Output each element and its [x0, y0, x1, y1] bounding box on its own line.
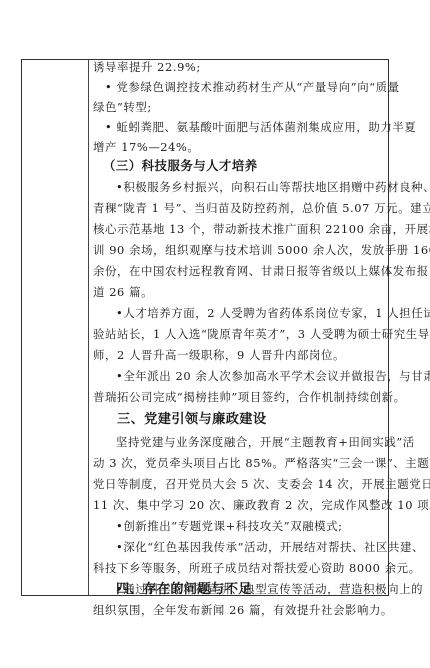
- paragraph-line: 核心示范基地 13 个，带动新技术推广面积 22100 余亩，开展培: [93, 222, 430, 236]
- paragraph-line: 组织氛围，全年发布新闻 26 篇，有效提升社会影响力。: [93, 603, 393, 617]
- section-heading-tech-service: （三）科技服务与人才培养: [103, 159, 258, 173]
- text-line: 增产 17%—24%。: [93, 140, 199, 154]
- paragraph-line: 师，2 人晋升高一级职称，9 人晋升内部岗位。: [93, 348, 345, 362]
- paragraph-line: 11 次、集中学习 20 次、廉政教育 2 次，完成作风整改 10 项。: [93, 498, 430, 512]
- paragraph-line: •人才培养方面，2 人受聘为省药体系岗位专家，1 人担任试: [116, 306, 430, 320]
- paragraph-line: •积极服务乡村振兴，向积石山等帮扶地区捐赠中药材良种、: [116, 180, 430, 194]
- paragraph-line: 训 90 余场，组织观摩与技术培训 5000 余人次，发放手册 1600: [93, 243, 430, 257]
- paragraph-line: 验站站长，1 人入选“陇原青年英才”，3 人受聘为硕士研究生导: [93, 327, 430, 341]
- paragraph-line: 科技下乡等服务，所班子成员结对帮扶爱心资助 8000 余元。: [93, 561, 421, 575]
- text-line: 诱导率提升 22.9%;: [93, 60, 201, 74]
- paragraph-line: 坚持党建与业务深度融合，开展“主题教育+田间实践”活: [116, 435, 415, 449]
- paragraph-line: 道 26 篇。: [93, 285, 153, 299]
- report-table: 诱导率提升 22.9%; • 党参绿色调控技术推动药材生产从“产量导向”向“质量…: [21, 59, 389, 596]
- paragraph-line: •深化“红色基因我传承”活动，开展结对帮扶、社区共建、: [116, 540, 424, 554]
- paragraph-line: 动 3 次，党员牵头项目占比 85%。严格落实“三会一课”、主题: [93, 456, 429, 470]
- section-heading-party-building: 三、党建引领与廉政建设: [117, 413, 266, 427]
- paragraph-line: 普瑞拓公司完成“揭榜挂帅”项目签约，合作机制持续创新。: [93, 390, 406, 404]
- section-heading-problems: 四、存在的问题与不足: [116, 583, 252, 597]
- bullet-item: • 蚯蚓粪肥、氨基酸叶面肥与活体菌剂集成应用，助力半夏: [105, 120, 416, 134]
- paragraph-line: •全年派出 20 余人次参加高水平学术会议并做报告，与甘肃: [116, 369, 430, 383]
- text-line: 绿色”转型;: [93, 100, 152, 114]
- paragraph-line: 党日等制度，召开党员大会 5 次、支委会 14 次，开展主题党日: [93, 477, 430, 491]
- paragraph-line: 青稞“陇青 1 号”、当归苗及防控药剂，总价值 5.07 万元。建立: [93, 201, 430, 215]
- bullet-item: • 党参绿色调控技术推动药材生产从“产量导向”向“质量: [105, 80, 400, 94]
- table-label-column: [22, 60, 89, 595]
- paragraph-line: 余份，在中国农村远程教育网、甘肃日报等省级以上媒体发布报: [93, 264, 429, 278]
- paragraph-line: •创新推出“专题党课+科技攻关”双融模式;: [116, 519, 343, 533]
